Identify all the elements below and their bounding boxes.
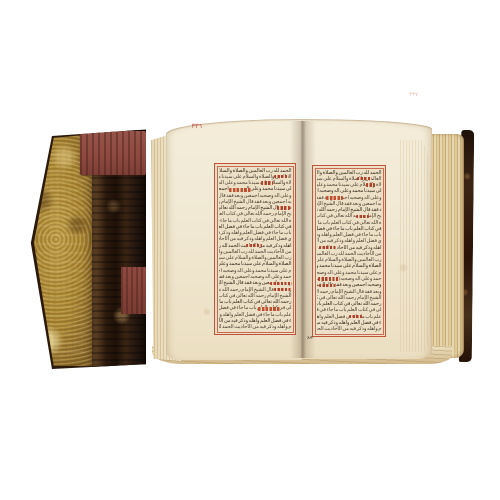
red-cloth-patch-bottom: [121, 267, 146, 314]
red-cloth-patch-top: [80, 131, 146, 175]
script-line: م وأهله وذكر فيه من الأحاديث الحمد لله ر…: [219, 324, 292, 330]
rubrication-word: [366, 183, 375, 186]
rubrication-word: [229, 188, 251, 192]
left-page-text: الحمد لله رب العالمين والصلاة والسلام عل…: [219, 168, 292, 331]
right-text-frame: الحمد لله رب العالمين والصلاة والسلام عل…: [312, 165, 386, 337]
rubrication-word: [270, 282, 292, 285]
rubrication-word: [319, 246, 337, 249]
binding-envelope-flap: [28, 128, 146, 370]
photo-stage: الحمد لله رب العالمين والصلاة والسلام عل…: [0, 0, 500, 500]
rubrication-word: [318, 277, 340, 280]
rubrication-word: [246, 244, 262, 247]
right-page-text: الحمد لله رب العالمين والصلاة والسلام عل…: [317, 170, 382, 333]
gilt-arabesque-motif: [36, 148, 86, 353]
rubrication-word: [356, 215, 369, 218]
rubrication-word: [274, 288, 292, 291]
rubrication-word: [277, 206, 290, 209]
rubrication-word: [326, 196, 343, 200]
script-line: م وأهله وذكر فيه من الأحاديث الحمد لله ر…: [317, 326, 382, 332]
rubrication-word: [319, 284, 336, 287]
catchword: مد: [295, 333, 314, 344]
rubrication-word: [261, 181, 273, 184]
right-page-curl-toning: [398, 140, 434, 352]
rubrication-word: [258, 307, 280, 311]
left-text-frame: الحمد لله رب العالمين والصلاة والسلام عل…: [214, 163, 296, 335]
rubrication-word: [274, 175, 289, 178]
rubrication-word: [357, 177, 373, 180]
rubrication-word: [349, 315, 362, 318]
folio-number: ٣٣٦: [176, 122, 202, 132]
marginal-folio-mark: ٣٣٧: [394, 92, 418, 101]
